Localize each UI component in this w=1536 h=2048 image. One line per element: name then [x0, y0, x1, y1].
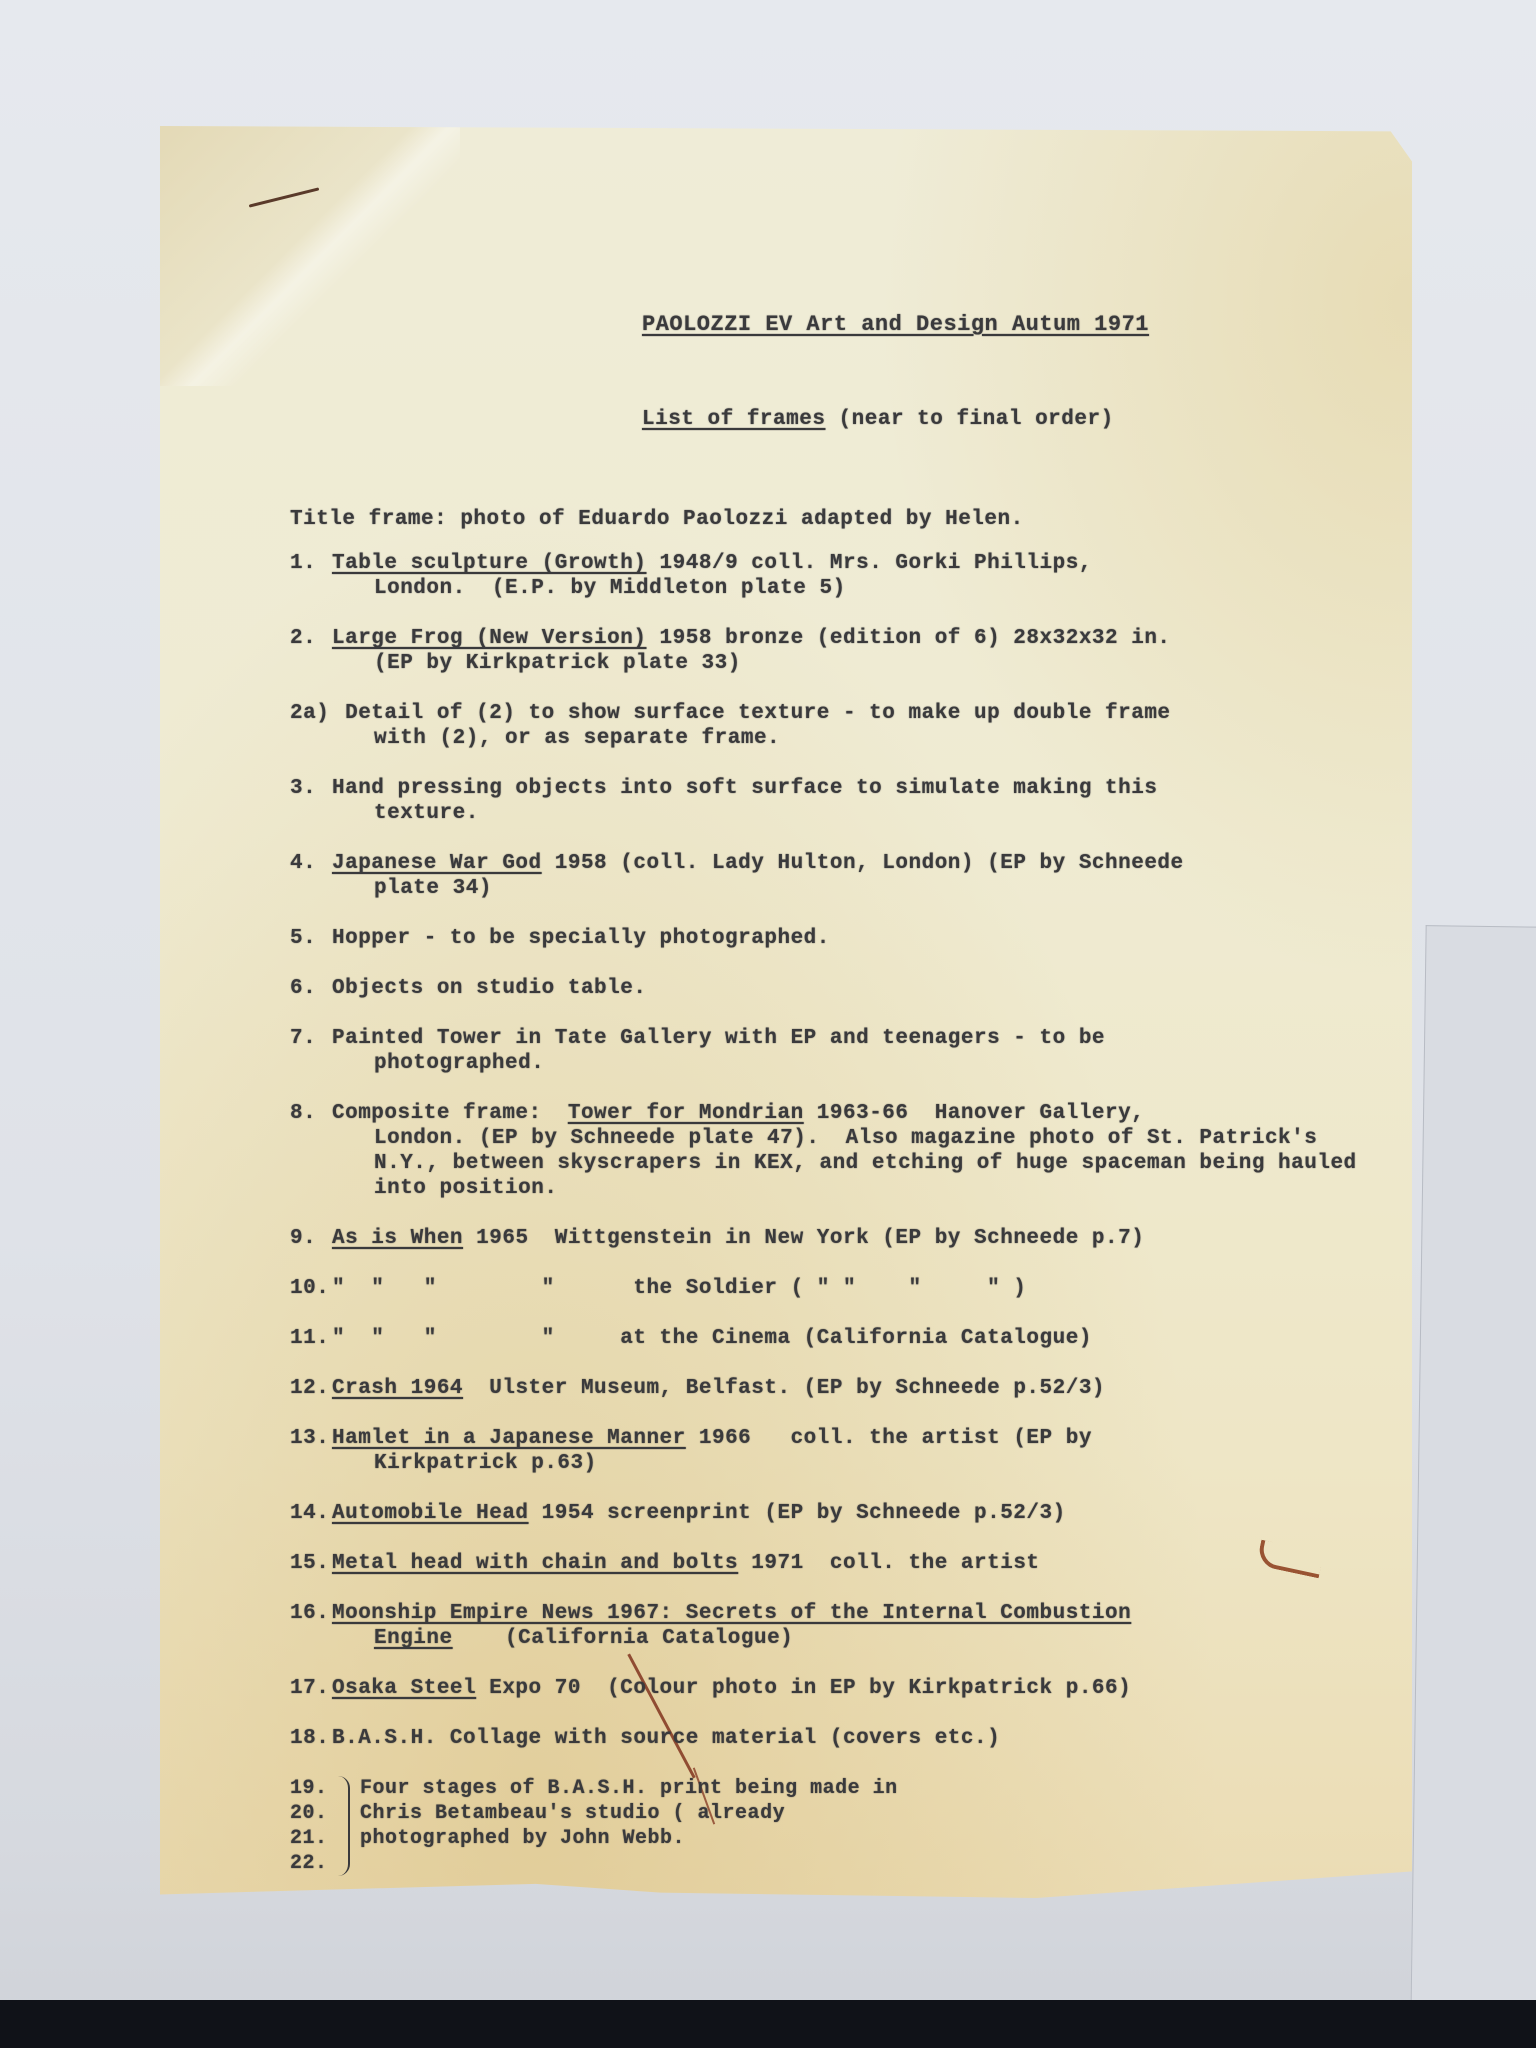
- item-first-line: Japanese War God 1958 (coll. Lady Hulton…: [332, 852, 1184, 875]
- item-text: photographed.: [374, 1052, 544, 1075]
- item-continuation: texture.: [332, 801, 1380, 826]
- item-body: Moonship Empire News 1967: Secrets of th…: [332, 1601, 1380, 1651]
- artwork-title: Large Frog (New Version): [332, 627, 646, 650]
- artwork-title: Crash 1964: [332, 1377, 463, 1400]
- item-first-line: Moonship Empire News 1967: Secrets of th…: [332, 1602, 1131, 1625]
- item-body: Hamlet in a Japanese Manner 1966 coll. t…: [332, 1426, 1380, 1476]
- list-item: 10." " " " the Soldier ( " " " " ): [290, 1276, 1380, 1301]
- list-item: 5.Hopper - to be specially photographed.: [290, 926, 1380, 951]
- list-item: 15.Metal head with chain and bolts 1971 …: [290, 1551, 1380, 1576]
- item-text: Painted Tower in Tate Gallery with EP an…: [332, 1027, 1105, 1050]
- list-item: 11." " " " at the Cinema (California Cat…: [290, 1326, 1380, 1351]
- item-number: 10.: [290, 1276, 332, 1301]
- typed-document-page: PAOLOZZI EV Art and Design Autum 1971 Li…: [160, 126, 1412, 1898]
- item-number: 19.: [290, 1776, 334, 1801]
- item-first-line: Painted Tower in Tate Gallery with EP an…: [332, 1027, 1105, 1050]
- item-first-line: Metal head with chain and bolts 1971 col…: [332, 1552, 1040, 1575]
- artwork-title: Engine: [374, 1627, 453, 1650]
- list-item: 13.Hamlet in a Japanese Manner 1966 coll…: [290, 1426, 1380, 1476]
- item-text: 1958 (coll. Lady Hulton, London) (EP by …: [542, 852, 1184, 875]
- item-text: photographed by John Webb.: [360, 1826, 898, 1851]
- artwork-title: Metal head with chain and bolts: [332, 1552, 738, 1575]
- document-subtitle: List of frames (near to final order): [642, 408, 1114, 431]
- list-item: 18.B.A.S.H. Collage with source material…: [290, 1726, 1380, 1751]
- item-number: 2a): [290, 701, 332, 751]
- item-text: Hand pressing objects into soft surface …: [332, 777, 1157, 800]
- item-first-line: Crash 1964 Ulster Museum, Belfast. (EP b…: [332, 1377, 1105, 1400]
- item-number: 11.: [290, 1326, 332, 1351]
- item-text: Kirkpatrick p.63): [374, 1452, 597, 1475]
- item-first-line: Table sculpture (Growth) 1948/9 coll. Mr…: [332, 552, 1092, 575]
- item-continuation: Engine (California Catalogue): [332, 1626, 1380, 1651]
- item-body: Detail of (2) to show surface texture - …: [332, 701, 1380, 751]
- list-item: 3.Hand pressing objects into soft surfac…: [290, 776, 1380, 826]
- item-text: plate 34): [374, 877, 492, 900]
- item-body: Hand pressing objects into soft surface …: [332, 776, 1380, 826]
- subtitle-underlined: List of frames: [642, 408, 825, 431]
- list-item: 17.Osaka Steel Expo 70 (Colour photo in …: [290, 1676, 1380, 1701]
- item-number: 12.: [290, 1376, 332, 1401]
- list-item: 7.Painted Tower in Tate Gallery with EP …: [290, 1026, 1380, 1076]
- item-text: Hopper - to be specially photographed.: [332, 927, 830, 950]
- item-text: Chris Betambeau's studio ( already: [360, 1801, 898, 1826]
- document-title: PAOLOZZI EV Art and Design Autum 1971: [642, 312, 1149, 337]
- item-text: B.A.S.H. Collage with source material (c…: [332, 1727, 1000, 1750]
- item-text: 1971 coll. the artist: [738, 1552, 1039, 1575]
- item-text: Four stages of B.A.S.H. print being made…: [360, 1776, 898, 1801]
- item-first-line: Hopper - to be specially photographed.: [332, 927, 830, 950]
- item-text: 1954 screenprint (EP by Schneede p.52/3): [529, 1502, 1066, 1525]
- item-body: Table sculpture (Growth) 1948/9 coll. Mr…: [332, 551, 1380, 601]
- item-body: Metal head with chain and bolts 1971 col…: [332, 1551, 1380, 1576]
- list-item: 12.Crash 1964 Ulster Museum, Belfast. (E…: [290, 1376, 1380, 1401]
- item-first-line: Hamlet in a Japanese Manner 1966 coll. t…: [332, 1427, 1092, 1450]
- item-first-line: Detail of (2) to show surface texture - …: [332, 702, 1171, 725]
- item-body: Crash 1964 Ulster Museum, Belfast. (EP b…: [332, 1376, 1380, 1401]
- item-continuation: London. (E.P. by Middleton plate 5): [332, 576, 1380, 601]
- item-body: Hopper - to be specially photographed.: [332, 926, 1380, 951]
- item-first-line: Large Frog (New Version) 1958 bronze (ed…: [332, 627, 1171, 650]
- item-number: 16.: [290, 1601, 332, 1651]
- item-text: Expo 70 (Colour photo in EP by Kirkpatri…: [476, 1677, 1131, 1700]
- item-body: Objects on studio table.: [332, 976, 1380, 1001]
- list-item: 1.Table sculpture (Growth) 1948/9 coll. …: [290, 551, 1380, 601]
- item-text: London. (E.P. by Middleton plate 5): [374, 577, 846, 600]
- item-number: 20.: [290, 1801, 334, 1826]
- item-text: (California Catalogue): [453, 1627, 794, 1650]
- item-continuation: photographed.: [332, 1051, 1380, 1076]
- artwork-title: Automobile Head: [332, 1502, 529, 1525]
- brace-symbol: [334, 1776, 350, 1876]
- item-continuation: Kirkpatrick p.63): [332, 1451, 1380, 1476]
- item-number: 22.: [290, 1851, 334, 1876]
- item-body: As is When 1965 Wittgenstein in New York…: [332, 1226, 1380, 1251]
- item-first-line: Objects on studio table.: [332, 977, 646, 1000]
- item-number: 4.: [290, 851, 332, 901]
- item-number: 9.: [290, 1226, 332, 1251]
- item-body: Large Frog (New Version) 1958 bronze (ed…: [332, 626, 1380, 676]
- item-body: Japanese War God 1958 (coll. Lady Hulton…: [332, 851, 1380, 901]
- item-first-line: " " " " at the Cinema (California Catalo…: [332, 1327, 1092, 1350]
- item-body: B.A.S.H. Collage with source material (c…: [332, 1726, 1380, 1751]
- artwork-title: Table sculpture (Growth): [332, 552, 646, 575]
- item-first-line: Osaka Steel Expo 70 (Colour photo in EP …: [332, 1677, 1131, 1700]
- item-body: " " " " the Soldier ( " " " " ): [332, 1276, 1380, 1301]
- folded-corner: [160, 126, 460, 386]
- item-text: texture.: [374, 802, 479, 825]
- list-item: 8.Composite frame: Tower for Mondrian 19…: [290, 1101, 1380, 1201]
- item-text: 1965 Wittgenstein in New York (EP by Sch…: [463, 1227, 1144, 1250]
- item-first-line: As is When 1965 Wittgenstein in New York…: [332, 1227, 1144, 1250]
- item-text: Objects on studio table.: [332, 977, 646, 1000]
- item-text: with (2), or as separate frame.: [374, 727, 780, 750]
- item-text: Detail of (2) to show surface texture - …: [332, 702, 1171, 725]
- list-item: 14.Automobile Head 1954 screenprint (EP …: [290, 1501, 1380, 1526]
- item-first-line: " " " " the Soldier ( " " " " ): [332, 1277, 1026, 1300]
- grouped-items-19-22: 19.20.21.22. Four stages of B.A.S.H. pri…: [290, 1776, 1380, 1876]
- item-body: Painted Tower in Tate Gallery with EP an…: [332, 1026, 1380, 1076]
- item-text: (EP by Kirkpatrick plate 33): [374, 652, 741, 675]
- item-number: 2.: [290, 626, 332, 676]
- item-text: " " " " the Soldier ( " " " " ): [332, 1277, 1026, 1300]
- artwork-title: As is When: [332, 1227, 463, 1250]
- background-sheet: [1410, 925, 1536, 2028]
- item-number: 7.: [290, 1026, 332, 1076]
- item-text: Ulster Museum, Belfast. (EP by Schneede …: [463, 1377, 1105, 1400]
- item-text: 1963-66 Hanover Gallery,: [804, 1102, 1145, 1125]
- item-number: 14.: [290, 1501, 332, 1526]
- artwork-title: Moonship Empire News 1967: Secrets of th…: [332, 1602, 1131, 1625]
- item-number: 13.: [290, 1426, 332, 1476]
- item-body: Osaka Steel Expo 70 (Colour photo in EP …: [332, 1676, 1380, 1701]
- artwork-title: Hamlet in a Japanese Manner: [332, 1427, 686, 1450]
- item-text: London. (EP by Schneede plate 47). Also …: [374, 1127, 1370, 1200]
- item-body: Composite frame: Tower for Mondrian 1963…: [332, 1101, 1380, 1201]
- item-number: 15.: [290, 1551, 332, 1576]
- item-number: 8.: [290, 1101, 332, 1201]
- list-item: 9.As is When 1965 Wittgenstein in New Yo…: [290, 1226, 1380, 1251]
- artwork-title: Osaka Steel: [332, 1677, 476, 1700]
- item-first-line: Hand pressing objects into soft surface …: [332, 777, 1157, 800]
- list-item: 2.Large Frog (New Version) 1958 bronze (…: [290, 626, 1380, 676]
- item-number: 3.: [290, 776, 332, 826]
- item-body: Automobile Head 1954 screenprint (EP by …: [332, 1501, 1380, 1526]
- list-item: 2a) Detail of (2) to show surface textur…: [290, 701, 1380, 751]
- item-number: 1.: [290, 551, 332, 601]
- item-continuation: (EP by Kirkpatrick plate 33): [332, 651, 1380, 676]
- item-first-line: Automobile Head 1954 screenprint (EP by …: [332, 1502, 1066, 1525]
- item-first-line: B.A.S.H. Collage with source material (c…: [332, 1727, 1000, 1750]
- frame-list: Title frame: photo of Eduardo Paolozzi a…: [290, 508, 1380, 1876]
- list-item: 16.Moonship Empire News 1967: Secrets of…: [290, 1601, 1380, 1651]
- subtitle-note: (near to final order): [825, 408, 1113, 431]
- item-continuation: with (2), or as separate frame.: [332, 726, 1380, 751]
- item-number: 5.: [290, 926, 332, 951]
- item-text: 1958 bronze (edition of 6) 28x32x32 in.: [646, 627, 1170, 650]
- item-continuation: London. (EP by Schneede plate 47). Also …: [332, 1126, 1380, 1201]
- item-text: " " " " at the Cinema (California Catalo…: [332, 1327, 1092, 1350]
- title-frame-line: Title frame: photo of Eduardo Paolozzi a…: [290, 508, 1380, 531]
- item-number: 17.: [290, 1676, 332, 1701]
- artwork-title: Japanese War God: [332, 852, 542, 875]
- list-item: 6.Objects on studio table.: [290, 976, 1380, 1001]
- artwork-title: Tower for Mondrian: [568, 1102, 804, 1125]
- item-number: 18.: [290, 1726, 332, 1751]
- item-number: 6.: [290, 976, 332, 1001]
- desk-edge: [0, 2000, 1536, 2048]
- item-prefix: Composite frame:: [332, 1102, 568, 1125]
- list-item: 4.Japanese War God 1958 (coll. Lady Hult…: [290, 851, 1380, 901]
- item-text: 1966 coll. the artist (EP by: [686, 1427, 1092, 1450]
- item-first-line: Composite frame: Tower for Mondrian 1963…: [332, 1102, 1144, 1125]
- item-body: " " " " at the Cinema (California Catalo…: [332, 1326, 1380, 1351]
- item-number: 21.: [290, 1826, 334, 1851]
- item-continuation: plate 34): [332, 876, 1380, 901]
- item-text: 1948/9 coll. Mrs. Gorki Phillips,: [646, 552, 1091, 575]
